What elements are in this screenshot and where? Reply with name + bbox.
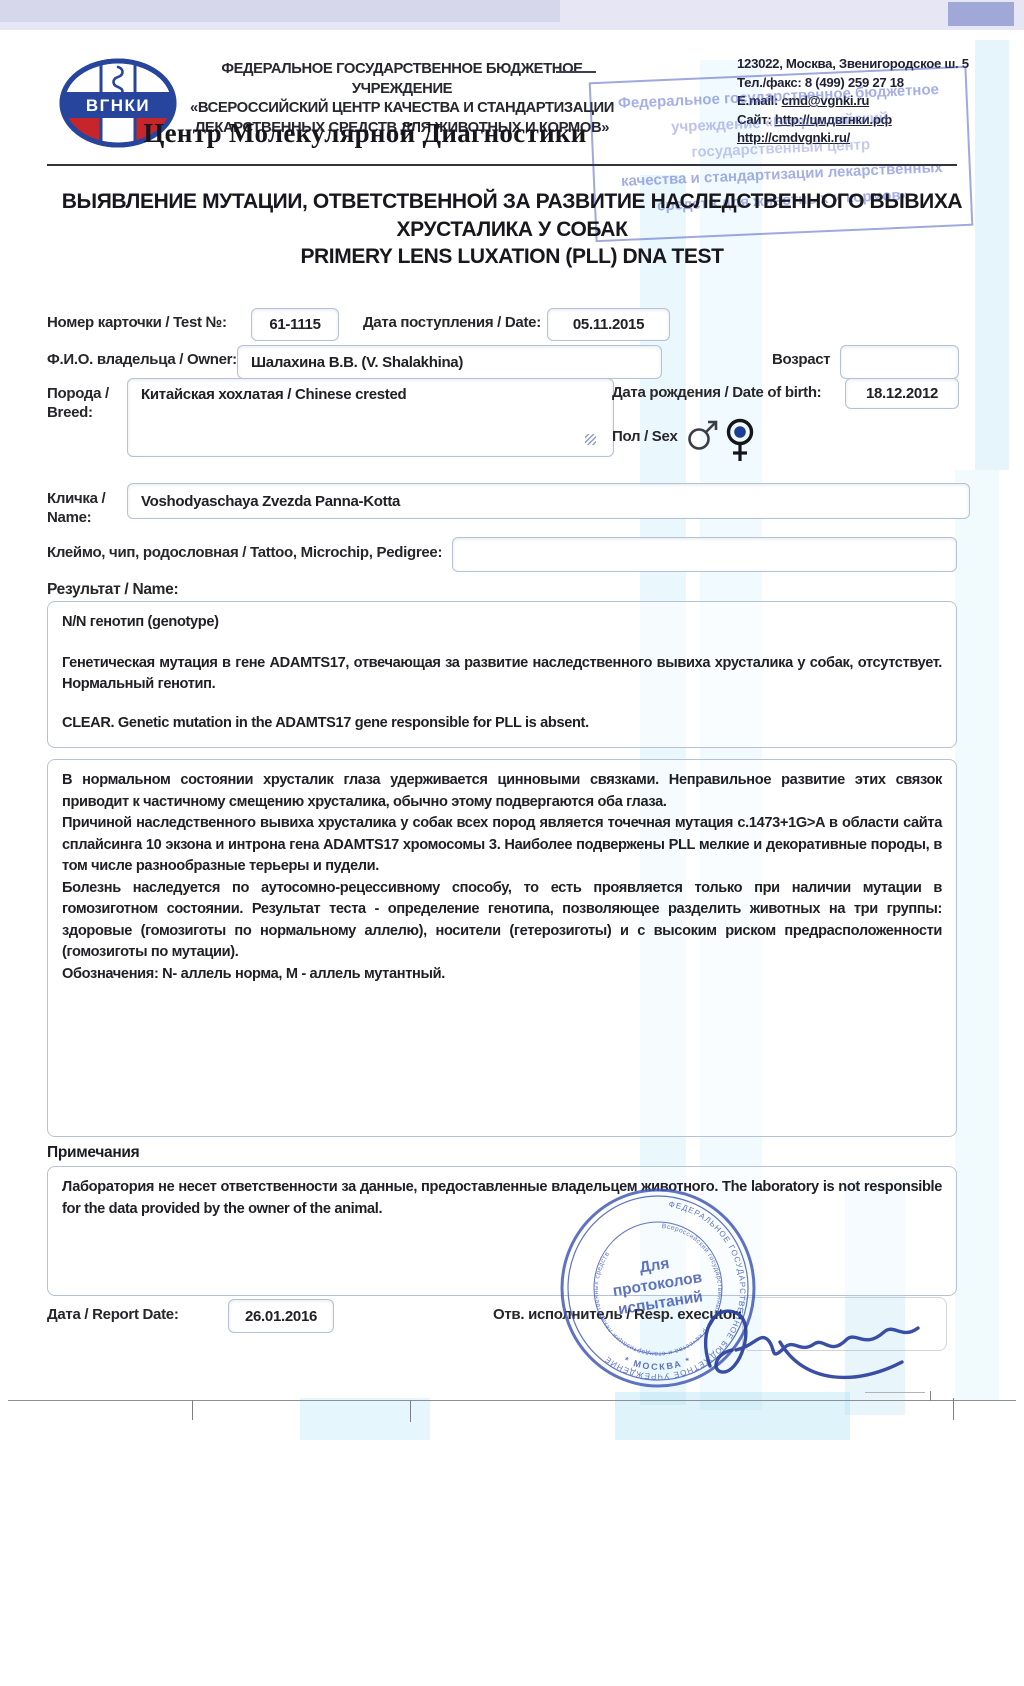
scan-mark (865, 1392, 925, 1393)
pet-name-field[interactable]: Voshodyaschaya Zvezda Panna-Kotta (127, 483, 970, 519)
result-genotype: N/N генотип (genotype) (62, 612, 942, 634)
report-date-label: Дата / Report Date: (47, 1306, 179, 1323)
breed-label-en: Breed: (47, 404, 93, 421)
test-no-label: Номер карточки / Test №: (47, 314, 227, 331)
owner-field[interactable]: Шалахина В.В. (V. Shalakhina) (237, 345, 662, 379)
received-date-label: Дата поступления / Date: (363, 314, 541, 331)
info-paragraph: В нормальном состоянии хрусталик глаза у… (62, 770, 942, 813)
birth-date-field[interactable]: 18.12.2012 (845, 378, 959, 409)
breed-label: Порода / Breed: (47, 384, 122, 422)
pet-name-label-ru: Кличка / (47, 490, 105, 507)
received-date-field[interactable]: 05.11.2015 (547, 308, 670, 341)
stamp-center-line: Для (638, 1255, 670, 1276)
center-name: Центр Молекулярной Диагностики (80, 118, 650, 149)
male-symbol[interactable] (686, 413, 722, 453)
result-box: N/N генотип (genotype) Генетическая мута… (47, 601, 957, 748)
header-divider (47, 164, 957, 166)
executor-signature (688, 1288, 938, 1403)
tattoo-field[interactable] (452, 537, 957, 572)
age-label: Возраст (772, 351, 830, 368)
scan-artifact (948, 2, 1014, 26)
scan-tick (410, 1400, 411, 1422)
title-line-1: ВЫЯВЛЕНИЕ МУТАЦИИ, ОТВЕТСТВЕННОЙ ЗА РАЗВ… (0, 188, 1024, 216)
breed-label-ru: Порода / (47, 385, 109, 402)
scan-tick (192, 1400, 193, 1420)
notes-box: Лаборатория не несет ответственности за … (47, 1166, 957, 1296)
scan-tick (930, 1391, 931, 1401)
female-symbol-selected[interactable] (724, 416, 756, 464)
breed-field[interactable]: Китайская хохлатая / Chinese crested (127, 378, 614, 457)
pet-name-label-en: Name: (47, 509, 91, 526)
org-line: ФЕДЕРАЛЬНОЕ ГОСУДАРСТВЕННОЕ БЮДЖЕТНОЕ УЧ… (188, 60, 616, 99)
sex-label: Пол / Sex (612, 428, 678, 445)
notes-text: Лаборатория не несет ответственности за … (62, 1177, 942, 1220)
notes-label: Примечания (47, 1144, 139, 1162)
pet-name-label: Кличка / Name: (47, 489, 122, 527)
age-field[interactable] (840, 345, 959, 379)
result-label: Результат / Name: (47, 581, 178, 599)
scan-artifact (0, 0, 560, 22)
owner-label: Ф.И.О. владельца / Owner: (47, 351, 237, 368)
birth-date-label: Дата рождения / Date of birth: (612, 384, 821, 401)
info-paragraph: Причиной наследственного вывиха хрустали… (62, 813, 942, 878)
bottom-scan-line (8, 1400, 1016, 1401)
info-paragraph: Обозначения: N- аллель норма, М - аллель… (62, 964, 942, 986)
scan-artifact (0, 0, 1024, 30)
scan-artifact (955, 470, 999, 1400)
result-text-en: CLEAR. Genetic mutation in the ADAMTS17 … (62, 713, 942, 735)
result-text-ru: Генетическая мутация в гене ADAMTS17, от… (62, 653, 942, 696)
document-title: ВЫЯВЛЕНИЕ МУТАЦИИ, ОТВЕТСТВЕННОЙ ЗА РАЗВ… (0, 188, 1024, 271)
scanned-report-page: ВГНКИ ФЕДЕРАЛЬНОЕ ГОСУДАРСТВЕННОЕ БЮДЖЕТ… (0, 0, 1024, 1686)
title-line-3: PRIMERY LENS LUXATION (PLL) DNA TEST (0, 243, 1024, 271)
test-no-field[interactable]: 61-1115 (251, 308, 339, 341)
header-dash (556, 71, 596, 73)
report-date-field[interactable]: 26.01.2016 (228, 1299, 334, 1333)
org-line: «ВСЕРОССИЙСКИЙ ЦЕНТР КАЧЕСТВА И СТАНДАРТ… (188, 99, 616, 119)
logo-text: ВГНКИ (86, 96, 150, 115)
title-line-2: ХРУСТАЛИКА У СОБАК (0, 216, 1024, 244)
info-paragraph: Болезнь наследуется по аутосомно-рецесси… (62, 878, 942, 964)
textarea-resize-handle[interactable] (585, 434, 596, 445)
tattoo-label: Клеймо, чип, родословная / Tattoo, Micro… (47, 544, 442, 561)
info-box: В нормальном состоянии хрусталик глаза у… (47, 759, 957, 1137)
scan-tick (953, 1398, 954, 1420)
